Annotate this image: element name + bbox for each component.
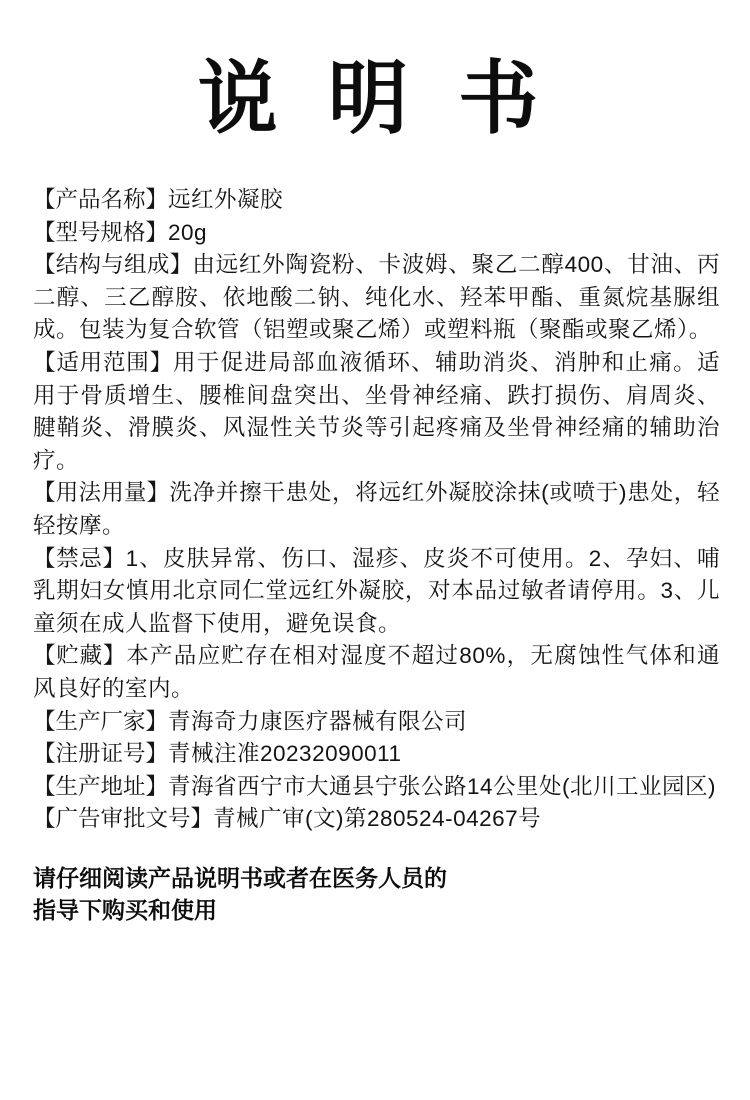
section-label: 【型号规格】: [33, 220, 168, 245]
section-ad-approval-number: 【广告审批文号】青械广审(文)第280524-04267号: [33, 803, 720, 836]
section-text: 青械注准20232090011: [168, 741, 401, 766]
section-model-spec: 【型号规格】20g: [33, 217, 720, 250]
section-label: 【注册证号】: [33, 741, 168, 766]
section-label: 【广告审批文号】: [33, 806, 213, 831]
notice-line-2: 指导下购买和使用: [33, 894, 720, 927]
page-title: 说 明 书: [0, 58, 750, 140]
section-label: 【产品名称】: [33, 187, 168, 212]
instruction-leaflet-page: 说 明 书 【产品名称】远红外凝胶 【型号规格】20g 【结构与组成】由远红外陶…: [0, 0, 750, 1100]
section-storage: 【贮藏】本产品应贮存在相对湿度不超过80%，无腐蚀性气体和通风良好的室内。: [33, 640, 720, 705]
section-text: 本产品应贮存在相对湿度不超过80%，无腐蚀性气体和通风良好的室内。: [33, 643, 720, 701]
section-label: 【生产地址】: [33, 774, 168, 799]
section-production-address: 【生产地址】青海省西宁市大通县宁张公路14公里处(北川工业园区): [33, 771, 720, 804]
section-scope-of-application: 【适用范围】用于促进局部血液循环、辅助消炎、消肿和止痛。适用于骨质增生、腰椎间盘…: [33, 347, 720, 477]
section-text: 远红外凝胶: [168, 187, 283, 212]
section-contraindications: 【禁忌】1、皮肤异常、伤口、湿疹、皮炎不可使用。2、孕妇、哺乳期妇女慎用北京同仁…: [33, 543, 720, 641]
section-label: 【生产厂家】: [33, 709, 168, 734]
purchase-notice: 请仔细阅读产品说明书或者在医务人员的 指导下购买和使用: [0, 862, 750, 927]
notice-line-1: 请仔细阅读产品说明书或者在医务人员的: [33, 862, 720, 895]
section-text: 青械广审(文)第280524-04267号: [213, 806, 541, 831]
section-usage-dosage: 【用法用量】洗净并擦干患处，将远红外凝胶涂抹(或喷于)患处，轻轻按摩。: [33, 477, 720, 542]
section-registration-number: 【注册证号】青械注准20232090011: [33, 738, 720, 771]
section-text: 青海奇力康医疗器械有限公司: [168, 709, 467, 734]
section-label: 【禁忌】: [33, 546, 126, 571]
section-composition: 【结构与组成】由远红外陶瓷粉、卡波姆、聚乙二醇400、甘油、丙二醇、三乙醇胺、依…: [33, 249, 720, 347]
section-label: 【用法用量】: [33, 480, 169, 505]
section-text: 青海省西宁市大通县宁张公路14公里处(北川工业园区): [168, 774, 716, 799]
section-product-name: 【产品名称】远红外凝胶: [33, 184, 720, 217]
section-label: 【结构与组成】: [33, 252, 192, 277]
section-label: 【适用范围】: [33, 350, 173, 375]
leaflet-body: 【产品名称】远红外凝胶 【型号规格】20g 【结构与组成】由远红外陶瓷粉、卡波姆…: [0, 184, 750, 836]
section-text: 20g: [168, 220, 207, 245]
section-label: 【贮藏】: [33, 643, 126, 668]
section-manufacturer: 【生产厂家】青海奇力康医疗器械有限公司: [33, 706, 720, 739]
section-text: 1、皮肤异常、伤口、湿疹、皮炎不可使用。2、孕妇、哺乳期妇女慎用北京同仁堂远红外…: [33, 546, 720, 636]
